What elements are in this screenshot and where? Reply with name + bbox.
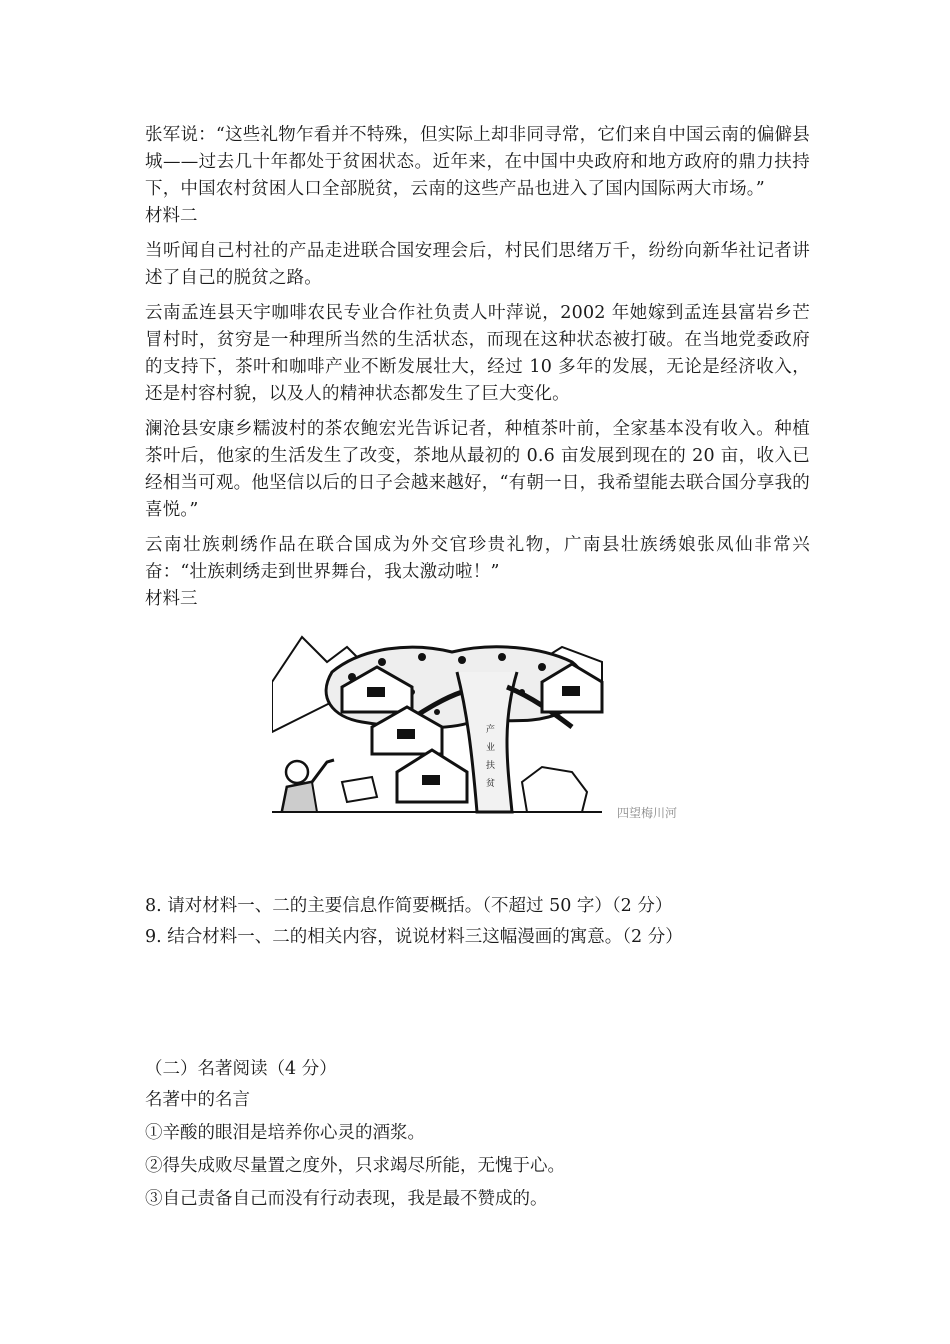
material-two-paragraph: 澜沧县安康乡糯波村的茶农鲍宏光告诉记者，种植茶叶前，全家基本没有收入。种植茶叶后…: [145, 416, 810, 524]
question-9: 9. 结合材料一、二的相关内容，说说材料三这幅漫画的寓意。（2 分）: [145, 924, 810, 951]
svg-text:业: 业: [486, 741, 495, 753]
document-body: 张军说：“这些礼物乍看并不特殊，但实际上却非同寻常，它们来自中国云南的偏僻县城—…: [145, 122, 810, 613]
questions: 8. 请对材料一、二的主要信息作简要概括。（不超过 50 字）（2 分） 9. …: [145, 893, 810, 951]
material-one-tail: 张军说：“这些礼物乍看并不特殊，但实际上却非同寻常，它们来自中国云南的偏僻县城—…: [145, 122, 810, 203]
quote-item: ②得失成败尽量置之度外，只求竭尽所能，无愧于心。: [145, 1153, 810, 1180]
poverty-alleviation-cartoon: 产 业 扶 贫 四望梅川河: [272, 632, 702, 822]
section-two-subheading: 名著中的名言: [145, 1087, 810, 1114]
cartoon-illustration: 产 业 扶 贫: [272, 632, 702, 822]
question-8: 8. 请对材料一、二的主要信息作简要概括。（不超过 50 字）（2 分）: [145, 893, 810, 920]
section-two: （二）名著阅读（4 分） 名著中的名言 ①辛酸的眼泪是培养你心灵的酒浆。 ②得失…: [145, 1056, 810, 1213]
material-three-heading: 材料三: [145, 586, 810, 613]
watermark: 四望梅川河: [617, 804, 677, 821]
material-two-paragraph: 云南孟连县天宇咖啡农民专业合作社负责人叶萍说，2002 年她嫁到孟连县富岩乡芒冒…: [145, 300, 810, 408]
trunk-text: 产: [486, 723, 495, 735]
material-two-paragraph: 云南壮族刺绣作品在联合国成为外交官珍贵礼物，广南县壮族绣娘张凤仙非常兴奋：“壮族…: [145, 532, 810, 586]
material-two-paragraph: 当听闻自己村社的产品走进联合国安理会后，村民们思绪万千，纷纷向新华社记者讲述了自…: [145, 238, 810, 292]
section-two-heading: （二）名著阅读（4 分）: [145, 1056, 810, 1083]
material-two-heading: 材料二: [145, 203, 810, 230]
quote-item: ①辛酸的眼泪是培养你心灵的酒浆。: [145, 1120, 810, 1147]
svg-text:贫: 贫: [486, 777, 495, 789]
svg-text:扶: 扶: [486, 759, 495, 771]
quote-item: ③自己责备自己而没有行动表现，我是最不赞成的。: [145, 1186, 810, 1213]
